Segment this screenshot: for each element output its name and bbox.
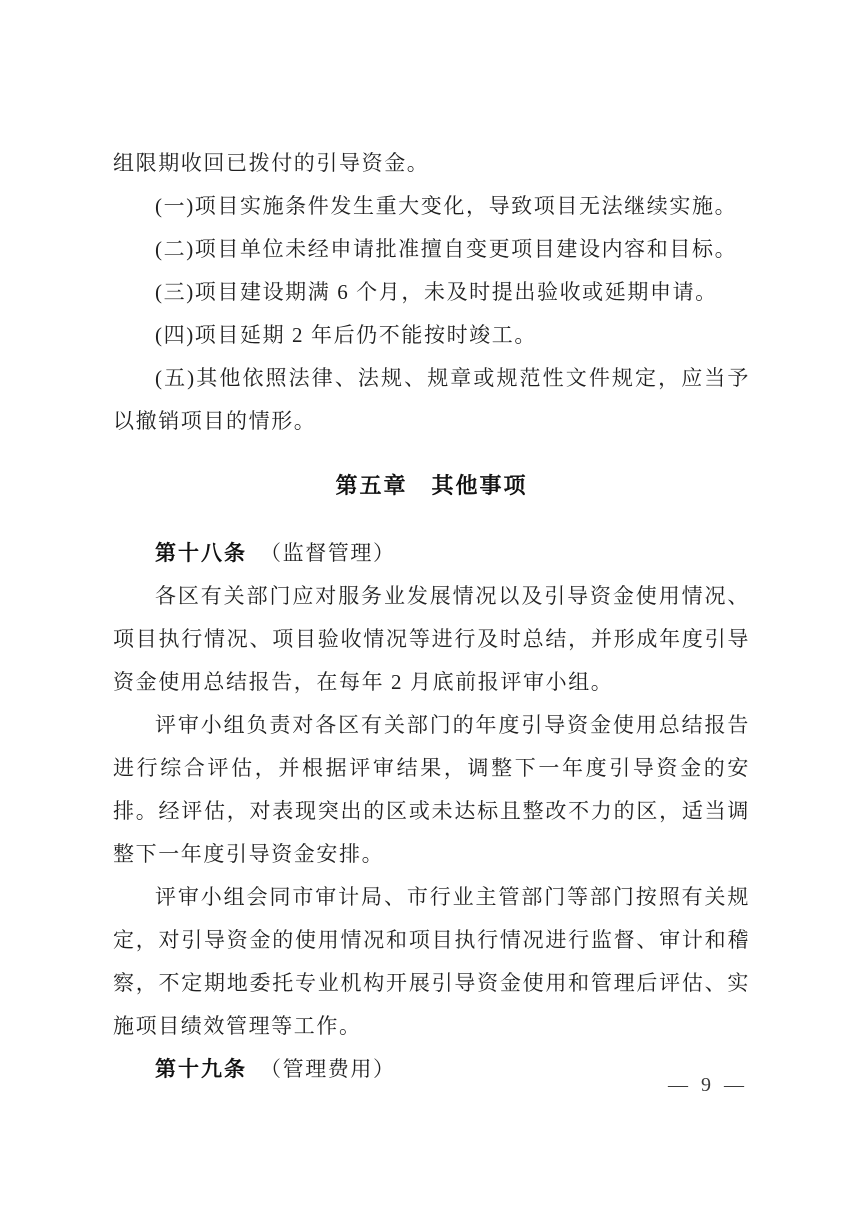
clause-item-5: (五)其他依照法律、法规、规章或规范性文件规定，应当予以撤销项目的情形。 (113, 357, 750, 443)
clause-item-1: (一)项目实施条件发生重大变化，导致项目无法继续实施。 (113, 185, 750, 228)
article-18-heading: 第十八条（监督管理） (113, 532, 750, 575)
page-number: — 9 — (668, 1072, 748, 1098)
article-19-title: （管理费用） (260, 1057, 396, 1081)
article-19-number: 第十九条 (155, 1058, 247, 1081)
clause-item-2: (二)项目单位未经申请批准擅自变更项目建设内容和目标。 (113, 228, 750, 271)
chapter-heading: 第五章 其他事项 (113, 464, 750, 508)
article-19-heading: 第十九条（管理费用） (113, 1048, 750, 1091)
document-body: 组限期收回已拨付的引导资金。 (一)项目实施条件发生重大变化，导致项目无法继续实… (113, 142, 750, 1091)
article-18-paragraph-2: 评审小组负责对各区有关部门的年度引导资金使用总结报告进行综合评估，并根据评审结果… (113, 704, 750, 876)
clause-item-3: (三)项目建设期满 6 个月，未及时提出验收或延期申请。 (113, 271, 750, 314)
article-18-number: 第十八条 (155, 542, 247, 565)
article-18-paragraph-3: 评审小组会同市审计局、市行业主管部门等部门按照有关规定，对引导资金的使用情况和项… (113, 876, 750, 1048)
article-18-paragraph-1: 各区有关部门应对服务业发展情况以及引导资金使用情况、项目执行情况、项目验收情况等… (113, 575, 750, 704)
document-page: 组限期收回已拨付的引导资金。 (一)项目实施条件发生重大变化，导致项目无法继续实… (0, 0, 860, 1216)
article-18-title: （监督管理） (260, 541, 396, 565)
continuation-line: 组限期收回已拨付的引导资金。 (113, 142, 750, 185)
clause-item-4: (四)项目延期 2 年后仍不能按时竣工。 (113, 314, 750, 357)
